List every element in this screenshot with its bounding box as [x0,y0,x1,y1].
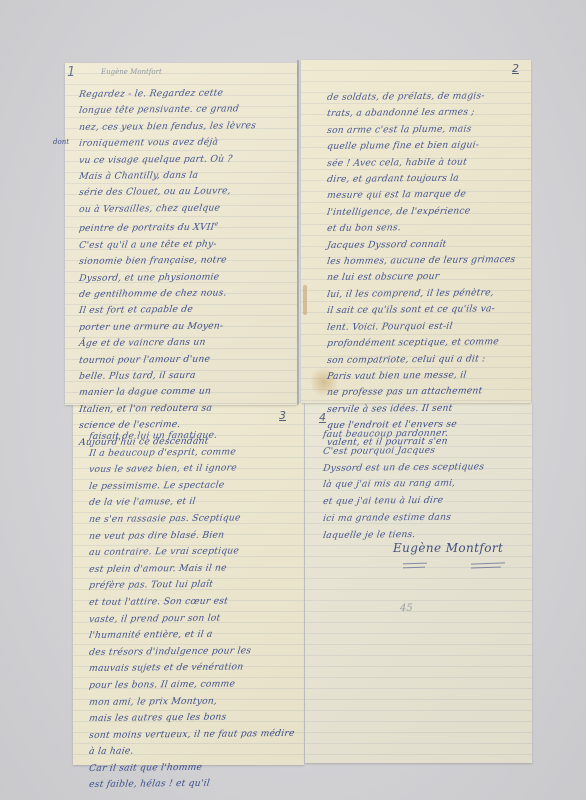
text-line: là que j'ai mis au rang ami, [322,476,485,494]
text-line: porter une armure au Moyen- [78,318,257,336]
signature-underline [471,566,501,568]
text-line: mais les autres que les bons [88,709,296,728]
text-line: quelle plume fine et bien aigui- [326,137,516,155]
text-line: pour les bons. Il aime, comme [88,676,296,695]
pencil-author-note: Eugène Montfort [101,68,162,76]
text-line: longue tête pensivante. ce grand [78,102,257,120]
page-number: 1 [67,65,75,80]
manuscript-sheet-2: 2 de soldats, de prélats, de magis- trat… [301,60,531,403]
text-line: valent, et il pourrait s'en [326,433,516,451]
handwritten-text: Regardez - le. Regardez cette longue têt… [79,87,256,451]
text-line: à la haie. [88,742,296,761]
text-line: sionomie bien française, notre [78,252,257,270]
text-line: manier la dague comme un [78,384,257,402]
text-line: profondément sceptique, et comme [326,334,516,352]
paper-stain [303,285,307,315]
text-line: Aujourd'hui ce descendant [78,433,257,451]
signature-underline [403,567,425,569]
text-line: ne s'en rassasie pas. Sceptique [88,510,296,529]
page-number: 2 [512,62,519,75]
text-line: ironiquement vous avez déjà [78,134,257,152]
text-line: préfère pas. Tout lui plaît [88,576,296,595]
manuscript-sheet-3: 3 faisait de lui un fanatique. Il a beau… [73,403,304,765]
text-line: vous le savez bien, et il ignore [88,460,296,479]
text-line: et que j'ai tenu à lui dire [322,493,485,511]
handwritten-text: de soldats, de prélats, de magis- trats,… [327,90,515,451]
text-line: Âge et de vaincre dans un [78,334,257,352]
text-line: sée ! Avec cela, habile à tout [326,154,516,172]
text-line: série des Clouet, ou au Louvre, [78,184,257,202]
text-line: il sait ce qu'ils sont et ce qu'ils va- [326,301,516,319]
manuscript-sheet-1: 1 Eugène Montfort dont Regardez - le. Re… [65,63,297,405]
manuscript-sheet-4: 4 faut beaucoup pardonner. C'est pourquo… [305,403,532,763]
text-line: et du bon sens. [326,219,516,237]
text-line: de la vie l'amuse, et il [88,493,296,512]
text-line: peintre de portraits du XVIIe [78,216,257,237]
text-line: ne lui est obscure pour [326,268,516,286]
margin-note: dont [53,138,69,146]
text-line: Dyssord, et une physionomie [78,269,257,287]
text-line: ne professe pas un attachement [326,383,516,401]
text-line: et tout l'attire. Son cœur est [88,593,296,612]
text-line: C'est qu'il a une tête et phy- [78,236,257,254]
text-line: mesure qui est la marque de [326,186,516,204]
text-line: son compatriote, celui qui a dit : [326,351,516,369]
author-signature: Eugène Montfort [393,541,503,555]
page-number: 3 [279,409,286,422]
text-line: Il est fort et capable de [78,301,257,319]
text-line: ici ma grande estime dans [322,509,485,527]
text-line: que l'endroit et l'envers se [326,416,516,434]
signature-underline [471,562,505,564]
text-line: Jacques Dyssord connaît [326,236,516,254]
handwritten-text: faisait de lui un fanatique. Il a beauco… [89,429,294,794]
text-line: trats, a abandonné les armes ; [326,104,516,122]
text-line: tournoi pour l'amour d'une [78,351,257,369]
sheet-edge-shadow [297,60,299,405]
text-line: est faible, hélas ! et qu'il [88,775,296,794]
text-line: science de l'escrime. [78,416,257,434]
signature-underline [403,563,427,565]
text-line: mauvais sujets et de vénération [88,659,296,678]
text-line: l'humanité entière, et il a [88,626,296,645]
text-line: vu ce visage quelque part. Où ? [78,151,257,169]
pencil-mark: 45 [400,603,413,614]
text-line: au contraire. Le vrai sceptique [88,543,296,562]
